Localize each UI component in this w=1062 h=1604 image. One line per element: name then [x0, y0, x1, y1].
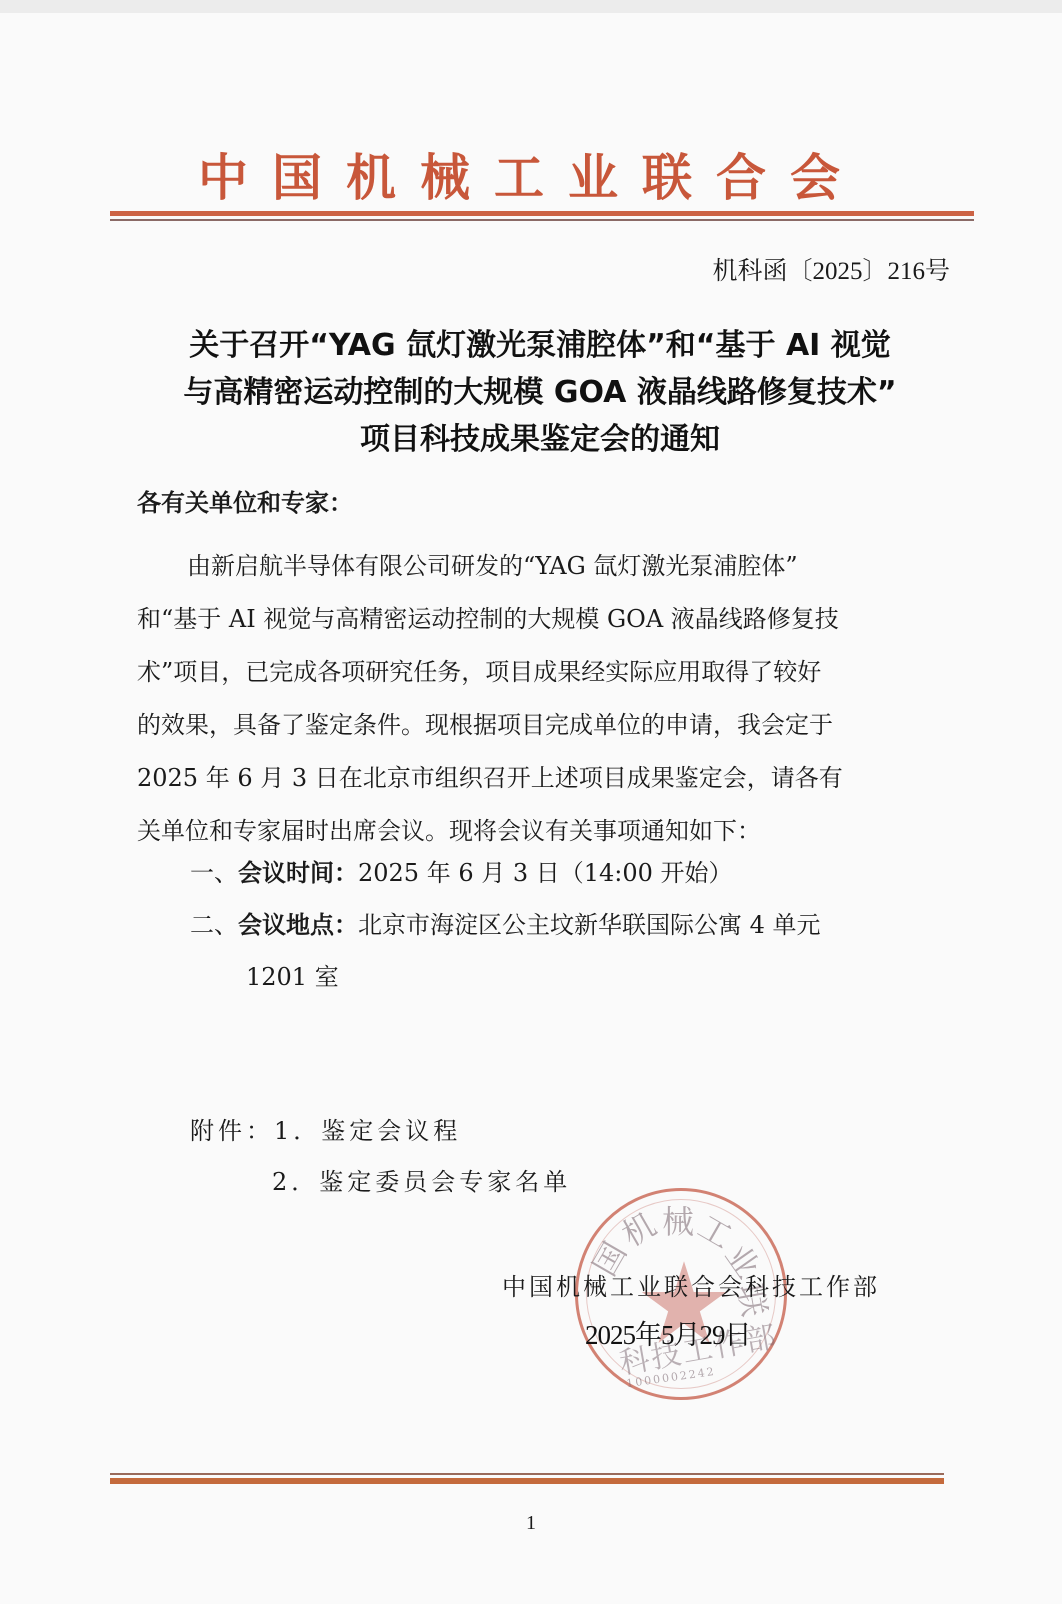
body-line: 和“基于 AI 视觉与高精密运动控制的大规模 GOA 液晶线路修复技 — [137, 593, 937, 646]
meeting-location-item: 二、会议地点：北京市海淀区公主坟新华联国际公寓 4 单元 — [190, 908, 821, 942]
page-number: 1 — [0, 1512, 1062, 1535]
item-prefix: 二、 — [190, 911, 238, 939]
salutation: 各有关单位和专家： — [137, 486, 353, 520]
signature-date: 2025年5月29日 — [585, 1318, 751, 1352]
title-line: 项目科技成果鉴定会的通知 — [135, 416, 945, 463]
attachments-label: 附件： — [190, 1117, 274, 1145]
item-label: 会议时间： — [238, 859, 358, 887]
signature-org: 中国机械工业联合会科技工作部 — [502, 1270, 880, 1304]
footer-rule-thin — [110, 1473, 944, 1475]
seal-char: 械 — [662, 1197, 694, 1243]
footer-rule-thick — [110, 1478, 944, 1484]
letterhead-rule-thick — [110, 211, 974, 216]
letterhead-org-name: 中国机械工业联合会 — [0, 148, 1062, 208]
top-bar — [0, 0, 1062, 13]
document-title: 关于召开“YAG 氙灯激光泵浦腔体”和“基于 AI 视觉 与高精密运动控制的大规… — [135, 322, 945, 463]
document-number: 机科函〔2025〕216号 — [712, 255, 950, 289]
item-label: 会议地点： — [238, 911, 358, 939]
title-line: 与高精密运动控制的大规模 GOA 液晶线路修复技术” — [135, 369, 945, 416]
attachment-item: 1．鉴定会议程 — [274, 1117, 461, 1145]
body-line: 2025 年 6 月 3 日在北京市组织召开上述项目成果鉴定会，请各有 — [137, 752, 937, 805]
meeting-location-continued: 1201 室 — [246, 960, 339, 994]
meeting-time-item: 一、会议时间：2025 年 6 月 3 日（14:00 开始） — [190, 856, 733, 890]
body-line: 的效果，具备了鉴定条件。现根据项目完成单位的申请，我会定于 — [137, 699, 937, 752]
attachment-1: 附件：1．鉴定会议程 — [190, 1114, 461, 1148]
body-paragraph: 由新启航半导体有限公司研发的“YAG 氙灯激光泵浦腔体” 和“基于 AI 视觉与… — [137, 540, 937, 858]
body-line: 术”项目，已完成各项研究任务，项目成果经实际应用取得了较好 — [137, 646, 937, 699]
body-line: 由新启航半导体有限公司研发的“YAG 氙灯激光泵浦腔体” — [137, 540, 937, 593]
body-line: 关单位和专家届时出席会议。现将会议有关事项通知如下： — [137, 805, 937, 858]
item-prefix: 一、 — [190, 859, 238, 887]
item-value: 北京市海淀区公主坟新华联国际公寓 4 单元 — [358, 911, 821, 939]
letterhead-rule-thin — [110, 219, 974, 221]
item-value: 2025 年 6 月 3 日（14:00 开始） — [358, 859, 733, 887]
attachment-2: 2．鉴定委员会专家名单 — [272, 1165, 571, 1199]
title-line: 关于召开“YAG 氙灯激光泵浦腔体”和“基于 AI 视觉 — [135, 322, 945, 369]
